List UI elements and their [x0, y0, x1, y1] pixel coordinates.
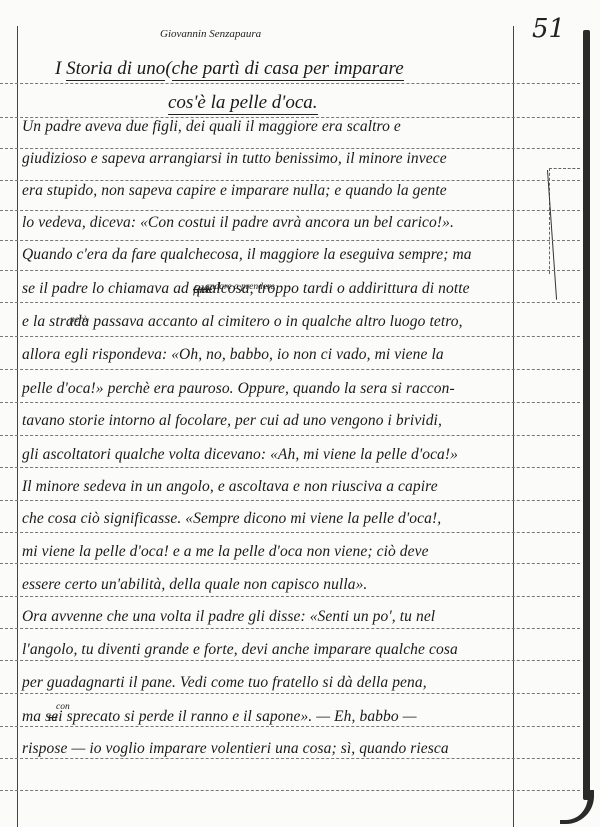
body-line: gli ascoltatori qualche volta dicevano: …	[22, 446, 512, 464]
body-line: Il minore sedeva in un angolo, e ascolta…	[22, 478, 512, 496]
manuscript-page: 51 Giovannin Senzapaura I Storia di uno(…	[0, 0, 600, 827]
ruled-line	[0, 148, 580, 149]
ruled-line	[0, 240, 580, 241]
ruled-line	[0, 758, 580, 759]
body-line: che cosa ciò significasse. «Sempre dicon…	[22, 510, 512, 528]
title-rest: che partì di casa per imparare	[172, 58, 404, 81]
body-line: Quando c'era da fare qualchecosa, il mag…	[22, 246, 512, 264]
title-line-2: cos'è la pelle d'oca.	[168, 92, 318, 114]
title-main: Storia di uno	[66, 58, 165, 81]
book-binding-edge	[583, 30, 590, 800]
ruled-line	[0, 660, 580, 661]
body-line: lo vedeva, diceva: «Con costui il padre …	[22, 214, 512, 232]
body-line: era stupido, non sapeva capire e imparar…	[22, 182, 512, 200]
ruled-line	[0, 210, 580, 211]
body-line: Un padre aveva due figli, dei quali il m…	[22, 118, 512, 136]
ruled-line	[0, 693, 580, 694]
ruled-line	[0, 369, 580, 370]
ruled-line	[0, 790, 580, 791]
body-line: essere certo un'abilità, della quale non…	[22, 576, 512, 594]
body-line: ma sei sprecato si perde il ranno e il s…	[22, 708, 512, 726]
body-line: rispose — io voglio imparare volentieri …	[22, 740, 512, 758]
ruled-line	[0, 83, 580, 84]
ruled-line	[0, 563, 580, 564]
title-numeral: I	[55, 58, 61, 79]
struck-word-line-19: tu	[48, 710, 57, 725]
struck-word-line-6: fare	[193, 282, 212, 297]
body-line: mi viene la pelle d'oca! e a me la pelle…	[22, 543, 512, 561]
title-bracket: (	[165, 58, 171, 79]
body-line: per guadagnarti il pane. Vedi come tuo f…	[22, 674, 512, 692]
ruled-line	[0, 302, 580, 303]
body-line: pelle d'oca!» perchè era pauroso. Oppure…	[22, 380, 512, 398]
ruled-line	[0, 180, 580, 181]
ruled-line	[0, 596, 580, 597]
page-number: 51	[532, 14, 565, 44]
right-margin-line	[513, 26, 514, 827]
book-binding-curl	[560, 790, 594, 824]
ruled-line	[0, 402, 580, 403]
ruled-line	[0, 500, 580, 501]
body-line: l'angolo, tu diventi grande e forte, dev…	[22, 641, 512, 659]
body-line: allora egli rispondeva: «Oh, no, babbo, …	[22, 346, 512, 364]
body-line: tavano storie intorno al focolare, per c…	[22, 412, 512, 430]
ruled-line	[0, 532, 580, 533]
body-line: e la strada passava accanto al cimitero …	[22, 313, 512, 331]
title-line-2-text: cos'è la pelle d'oca.	[168, 92, 318, 115]
ruled-line	[0, 336, 580, 337]
ruled-line	[0, 270, 580, 271]
body-line: Ora avvenne che una volta il padre gli d…	[22, 608, 512, 626]
ruled-line	[0, 435, 580, 436]
title-insertion: Giovannin Senzapaura	[160, 28, 261, 40]
ruled-line	[0, 628, 580, 629]
ruled-line	[0, 726, 580, 727]
ruled-line	[0, 467, 580, 468]
left-margin-line	[17, 26, 18, 827]
body-line: se il padre lo chiamava ad qualcosa, tro…	[22, 280, 512, 298]
body-line: giudizioso e sapeva arrangiarsi in tutto…	[22, 150, 512, 168]
title-line-1: I Storia di uno(che partì di casa per im…	[55, 58, 404, 80]
